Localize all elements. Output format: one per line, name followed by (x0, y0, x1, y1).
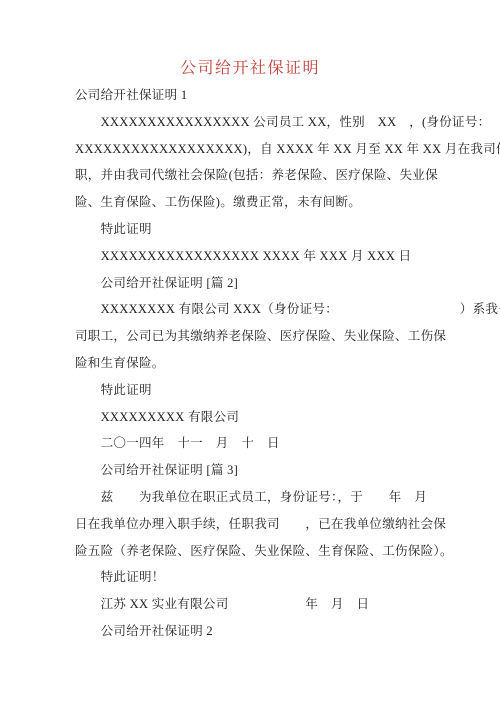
text-line: 江苏 XX 实业有限公司 年 月 日 (75, 591, 435, 618)
text-line: 公司给开社保证明 [篇 3] (75, 457, 435, 484)
text-line: 兹 为我单位在职正式员工，身份证号：，于 年 月 (75, 484, 435, 511)
text-line: 特此证明 (75, 377, 435, 404)
text-line: 险和生育保险。 (75, 350, 435, 377)
text-line: 特此证明！ (75, 564, 435, 591)
text-line: 职，并由我司代缴社会保险(包括：养老保险、医疗保险、失业保 (75, 162, 435, 189)
text-line: 司职工，公司已为其缴纳养老保险、医疗保险、失业保险、工伤保 (75, 323, 435, 350)
text-line: 二〇一四年 十一 月 十 日 (75, 430, 435, 457)
text-line: XXXXXXXXXXXXXXXX 公司员工 XX，性别 XX ，(身份证号： (75, 109, 435, 136)
text-line: 险五险（养老保险、医疗保险、失业保险、生育保险、工伤保险）。 (75, 538, 435, 565)
text-line: 日在我单位办理入职手续，任职我司 ，已在我单位缴纳社会保 (75, 511, 435, 538)
text-line: XXXXXXXX 有限公司 XXX（身份证号： ）系我公 (75, 296, 435, 323)
text-line: XXXXXXXXXXXXXXXXX XXXX 年 XXX 月 XXX 日 (75, 243, 435, 270)
text-line: XXXXXXXXXXXXXXXXXX)，自 XXXX 年 XX 月至 XX 年 … (75, 136, 435, 163)
document-body: 公司给开社保证明 1 XXXXXXXXXXXXXXXX 公司员工 XX，性别 X… (75, 82, 435, 645)
text-line: 公司给开社保证明 2 (75, 618, 435, 645)
text-line: 险、生育保险、工伤保险)。缴费正常，未有间断。 (75, 189, 435, 216)
text-line: XXXXXXXXX 有限公司 (75, 404, 435, 431)
text-line: 公司给开社保证明 [篇 2] (75, 270, 435, 297)
document-page: 公司给开社保证明 公司给开社保证明 1 XXXXXXXXXXXXXXXX 公司员… (0, 0, 500, 707)
text-line: 公司给开社保证明 1 (75, 82, 435, 109)
text-line: 特此证明 (75, 216, 435, 243)
document-title: 公司给开社保证明 (0, 55, 500, 78)
